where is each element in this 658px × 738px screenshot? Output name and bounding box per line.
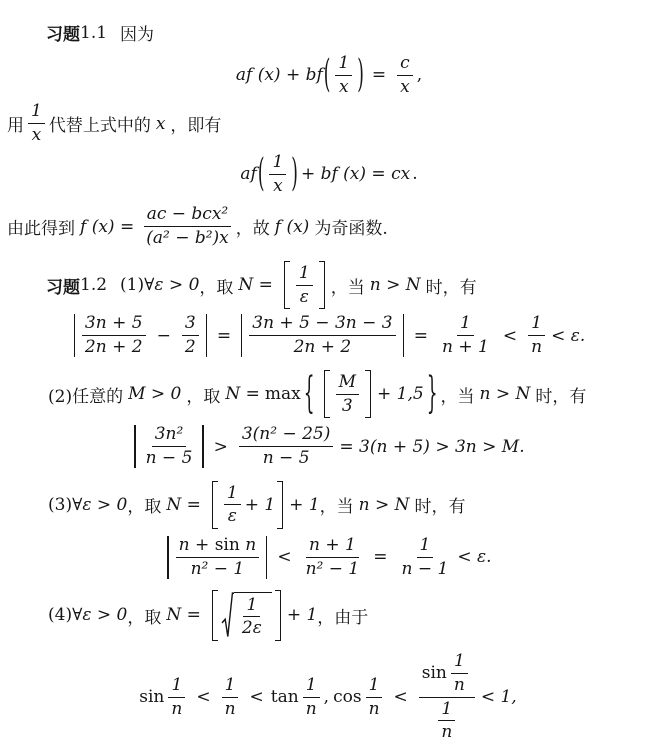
numerator: 1 bbox=[269, 152, 286, 175]
radicand: 12ε bbox=[234, 592, 272, 639]
left-bracket bbox=[212, 481, 218, 529]
math: n + bbox=[179, 535, 215, 556]
denominator: x bbox=[336, 76, 352, 98]
denominator: x bbox=[29, 124, 45, 146]
text: ，当 bbox=[441, 382, 475, 407]
tan-operator: tan bbox=[271, 687, 299, 707]
numerator: 1 bbox=[417, 535, 434, 558]
text: 用 bbox=[7, 111, 24, 136]
numerator: n + 1 bbox=[306, 535, 359, 558]
numerator: 1 bbox=[296, 263, 313, 286]
math: + 1 bbox=[245, 495, 275, 515]
fraction: 3n + 52n + 2 bbox=[82, 313, 146, 357]
equals-sign: = bbox=[217, 326, 231, 346]
display-formula-5: n + sin n n² − 1 < n + 1n² − 1 = 1n − 1 … bbox=[0, 535, 658, 579]
period: . bbox=[412, 164, 417, 184]
left-bracket bbox=[324, 370, 330, 418]
part-4-heading: (4)∀ε > 0，取 N = 12ε + 1 ，由于 bbox=[0, 592, 658, 639]
text: (3)∀ bbox=[48, 495, 82, 515]
display-formula-3: 3n + 52n + 2 − 32 = 3n + 5 − 3n − 32n + … bbox=[0, 313, 658, 357]
less-than-sign: < bbox=[277, 547, 291, 567]
fraction: 1n bbox=[222, 675, 239, 719]
fraction: 1ε bbox=[296, 263, 313, 307]
radical-icon bbox=[221, 592, 234, 639]
denominator: 3 bbox=[339, 395, 356, 417]
text: ，即有 bbox=[170, 111, 221, 136]
denominator: n bbox=[528, 336, 545, 358]
denominator: 2n + 2 bbox=[291, 336, 355, 358]
sin-operator: sin bbox=[422, 663, 447, 684]
math-tail: + bf (x) = cx bbox=[301, 164, 410, 184]
fraction: 1n bbox=[451, 651, 468, 695]
max-operator: max bbox=[265, 384, 301, 404]
abs-bar bbox=[266, 536, 267, 578]
fraction: 1x bbox=[269, 152, 286, 196]
numerator: 1 bbox=[457, 313, 474, 336]
abs-bar bbox=[206, 314, 207, 356]
intro-text: 因为 bbox=[120, 20, 154, 45]
less-than-sign: < bbox=[394, 687, 408, 707]
text: (1)∀ bbox=[120, 275, 154, 295]
text: ，取 bbox=[127, 603, 161, 628]
denominator: 2 bbox=[182, 336, 199, 358]
fraction: 3n + 5 − 3n − 32n + 2 bbox=[249, 313, 395, 357]
right-bracket bbox=[277, 481, 283, 529]
formula-row: n + sin n n² − 1 < n + 1n² − 1 = 1n − 1 … bbox=[164, 535, 493, 579]
denominator: n − 5 bbox=[260, 447, 313, 469]
text: 为奇函数. bbox=[314, 214, 387, 239]
math-lead: af (x) + bf bbox=[236, 65, 323, 85]
denominator: 2n + 2 bbox=[82, 336, 146, 358]
denominator: ε bbox=[297, 286, 312, 308]
equals-sign: = bbox=[414, 326, 428, 346]
fraction: 1n bbox=[168, 675, 185, 719]
denominator: n bbox=[451, 674, 468, 696]
fraction: 1n + 1 bbox=[439, 313, 492, 357]
denominator: x bbox=[270, 175, 286, 197]
denominator: n bbox=[168, 698, 185, 720]
text: 时，有 bbox=[535, 382, 586, 407]
fraction: 12ε bbox=[239, 595, 265, 639]
numerator: 3(n² − 25) bbox=[239, 424, 334, 447]
math: + 1 bbox=[287, 605, 317, 625]
fraction: cx bbox=[397, 53, 413, 97]
fraction: 32 bbox=[182, 313, 199, 357]
exercise-number: 1.1 bbox=[80, 23, 107, 43]
document-page: { "page": { "background": "#ffffff", "te… bbox=[0, 0, 658, 738]
greater-than-sign: > bbox=[214, 437, 228, 457]
text: 时，有 bbox=[415, 492, 466, 517]
numerator: 1 bbox=[224, 483, 241, 506]
numerator: sin1n bbox=[419, 651, 475, 697]
denominator: n + 1 bbox=[439, 336, 492, 358]
fraction: 3(n² − 25)n − 5 bbox=[239, 424, 334, 468]
big-fraction: sin1n 1n bbox=[419, 651, 475, 738]
text: ，取 bbox=[186, 382, 220, 407]
text: 代替上式中的 bbox=[49, 111, 151, 136]
minus-sign: − bbox=[157, 326, 171, 346]
display-formula-4: 3n²n − 5 > 3(n² − 25)n − 5 = 3(n + 5) > … bbox=[0, 424, 658, 468]
fraction: 3n²n − 5 bbox=[143, 424, 196, 468]
math-tail: < ε. bbox=[457, 547, 491, 567]
right-bracket bbox=[365, 370, 371, 418]
formula-row: 3n²n − 5 > 3(n² − 25)n − 5 = 3(n + 5) > … bbox=[131, 424, 526, 468]
exercise-label: 习题 bbox=[46, 20, 80, 45]
abs-bar bbox=[134, 425, 135, 467]
text: (2)任意的 bbox=[48, 382, 123, 407]
fraction: 1n bbox=[303, 675, 320, 719]
sin-operator: sin bbox=[139, 687, 164, 707]
math: ε > 0 bbox=[82, 495, 127, 515]
math: N = bbox=[225, 384, 260, 404]
text: ，由于 bbox=[317, 603, 368, 628]
math: N = bbox=[238, 275, 273, 295]
abs-bar bbox=[167, 536, 168, 578]
abs-bar bbox=[403, 314, 404, 356]
numerator: 1 bbox=[335, 53, 352, 76]
numerator: 3n + 5 bbox=[82, 313, 146, 336]
less-than-sign: < bbox=[196, 687, 210, 707]
left-brace: { bbox=[304, 369, 315, 420]
fraction: M3 bbox=[336, 372, 359, 416]
numerator: 3n + 5 − 3n − 3 bbox=[249, 313, 395, 336]
denominator: (a² − b²)x bbox=[143, 227, 232, 249]
fraction: 1n bbox=[528, 313, 545, 357]
math-tail: < ε. bbox=[551, 326, 585, 346]
fraction: 1ε bbox=[224, 483, 241, 527]
math-fx: f (x) = bbox=[80, 217, 134, 237]
fraction: n + 1n² − 1 bbox=[303, 535, 363, 579]
numerator: 3n² bbox=[152, 424, 187, 447]
math-lead: af bbox=[240, 164, 256, 184]
numerator: 1 bbox=[28, 101, 45, 124]
text: ，取 bbox=[199, 273, 233, 298]
display-formula-6: sin 1n < 1n < tan 1n , cos 1n < sin1n 1n… bbox=[0, 651, 658, 738]
math: n bbox=[240, 535, 256, 556]
numerator: 3 bbox=[182, 313, 199, 336]
fraction: 1n − 1 bbox=[399, 535, 452, 579]
text: ，取 bbox=[127, 492, 161, 517]
denominator: x bbox=[397, 76, 413, 98]
numerator: 1 bbox=[243, 595, 260, 618]
display-formula-2: af ( 1x ) + bf (x) = cx. bbox=[0, 152, 658, 196]
text: 时，有 bbox=[426, 273, 477, 298]
right-bracket bbox=[319, 261, 325, 309]
equals-sign: = bbox=[372, 65, 386, 85]
fraction: n + sin n n² − 1 bbox=[176, 535, 260, 579]
math: n > N bbox=[370, 275, 421, 295]
abs-bar bbox=[202, 425, 203, 467]
abs-bar bbox=[74, 314, 75, 356]
comma: , bbox=[324, 687, 329, 707]
numerator: ac − bcx² bbox=[144, 204, 232, 227]
left-paren: ( bbox=[258, 152, 265, 197]
abs-bar bbox=[241, 314, 242, 356]
math: N = bbox=[166, 605, 201, 625]
fraction: 1n bbox=[366, 675, 383, 719]
display-formula-1: af (x) + bf ( 1x ) = cx , bbox=[0, 53, 658, 97]
less-than-sign: < bbox=[503, 326, 517, 346]
right-bracket bbox=[275, 590, 281, 641]
text: 由此得到 bbox=[7, 214, 75, 239]
exercise-1-2-part-1: 习题1.2 (1)∀ε > 0，取 N = 1ε ，当n > N时，有 bbox=[0, 263, 658, 307]
right-paren: ) bbox=[291, 152, 298, 197]
numerator: n + sin n bbox=[176, 535, 260, 558]
equals-sign: = bbox=[373, 547, 387, 567]
formula-row: 3n + 52n + 2 − 32 = 3n + 5 − 3n − 32n + … bbox=[71, 313, 588, 357]
math: N = bbox=[166, 495, 201, 515]
formula-row: af (x) + bf ( 1x ) = cx , bbox=[236, 53, 422, 97]
math: n > N bbox=[359, 495, 410, 515]
exercise-1-1-heading: 习题1.1因为 bbox=[0, 20, 658, 45]
left-bracket bbox=[212, 590, 218, 641]
fraction: 1x bbox=[28, 101, 45, 145]
part-3-heading: (3)∀ε > 0，取 N = 1ε + 1 + 1 ，当n > N时，有 bbox=[0, 483, 658, 527]
part-2-heading: (2)任意的M > 0，取 N =max { M3 + 1,5 } ，当n > … bbox=[0, 372, 658, 416]
denominator: n − 5 bbox=[143, 447, 196, 469]
text: ，故 bbox=[236, 214, 270, 239]
numerator: 1 bbox=[438, 699, 455, 722]
denominator: 1n bbox=[431, 698, 462, 738]
exercise-label: 习题 bbox=[46, 273, 80, 298]
numerator: c bbox=[397, 53, 413, 76]
fraction: 1x bbox=[335, 53, 352, 97]
math-tail: = 3(n + 5) > 3n > M. bbox=[339, 437, 524, 457]
math: + 1,5 bbox=[377, 384, 424, 404]
math-fx: f (x) bbox=[275, 217, 310, 237]
formula-row: af ( 1x ) + bf (x) = cx. bbox=[240, 152, 417, 196]
numerator: 1 bbox=[168, 675, 185, 698]
math-tail: < 1, bbox=[481, 687, 517, 707]
math: ε > 0 bbox=[82, 605, 127, 625]
denominator: n bbox=[222, 698, 239, 720]
left-paren: ( bbox=[324, 53, 331, 98]
denominator: 2ε bbox=[239, 617, 265, 639]
square-root: 12ε bbox=[221, 592, 272, 639]
denominator: n bbox=[303, 698, 320, 720]
substitution-sentence: 用 1x 代替上式中的 x，即有 bbox=[0, 101, 658, 145]
left-bracket bbox=[284, 261, 290, 309]
math-var: x bbox=[156, 114, 166, 134]
cos-operator: cos bbox=[333, 687, 361, 707]
numerator: 1 bbox=[366, 675, 383, 698]
numerator: 1 bbox=[222, 675, 239, 698]
denominator: n bbox=[366, 698, 383, 720]
numerator: 1 bbox=[451, 651, 468, 674]
math: + 1 bbox=[289, 495, 319, 515]
denominator: n² − 1 bbox=[303, 558, 363, 580]
conclusion-sentence: 由此得到 f (x) = ac − bcx²(a² − b²)x ，故 f (x… bbox=[0, 204, 658, 248]
math: n > N bbox=[480, 384, 531, 404]
math: M > 0 bbox=[128, 384, 181, 404]
math: ε > 0 bbox=[154, 275, 199, 295]
sin-operator: sin bbox=[215, 535, 240, 556]
right-brace: } bbox=[427, 369, 438, 420]
fraction: 1n bbox=[438, 699, 455, 738]
comma: , bbox=[417, 65, 422, 85]
right-paren: ) bbox=[357, 53, 364, 98]
text: ，当 bbox=[331, 273, 365, 298]
denominator: n bbox=[438, 721, 455, 738]
solutions-document: 习题1.1因为 af (x) + bf ( 1x ) = cx , 用 1x 代… bbox=[0, 0, 658, 738]
text: (4)∀ bbox=[48, 605, 82, 625]
denominator: n² − 1 bbox=[188, 558, 248, 580]
numerator: M bbox=[336, 372, 359, 395]
fraction: ac − bcx²(a² − b²)x bbox=[143, 204, 232, 248]
denominator: ε bbox=[225, 505, 240, 527]
text: ，当 bbox=[320, 492, 354, 517]
numerator: 1 bbox=[303, 675, 320, 698]
formula-row: sin 1n < 1n < tan 1n , cos 1n < sin1n 1n… bbox=[139, 651, 518, 738]
less-than-sign: < bbox=[250, 687, 264, 707]
denominator: n − 1 bbox=[399, 558, 452, 580]
exercise-number: 1.2 bbox=[80, 275, 107, 295]
numerator: 1 bbox=[528, 313, 545, 336]
